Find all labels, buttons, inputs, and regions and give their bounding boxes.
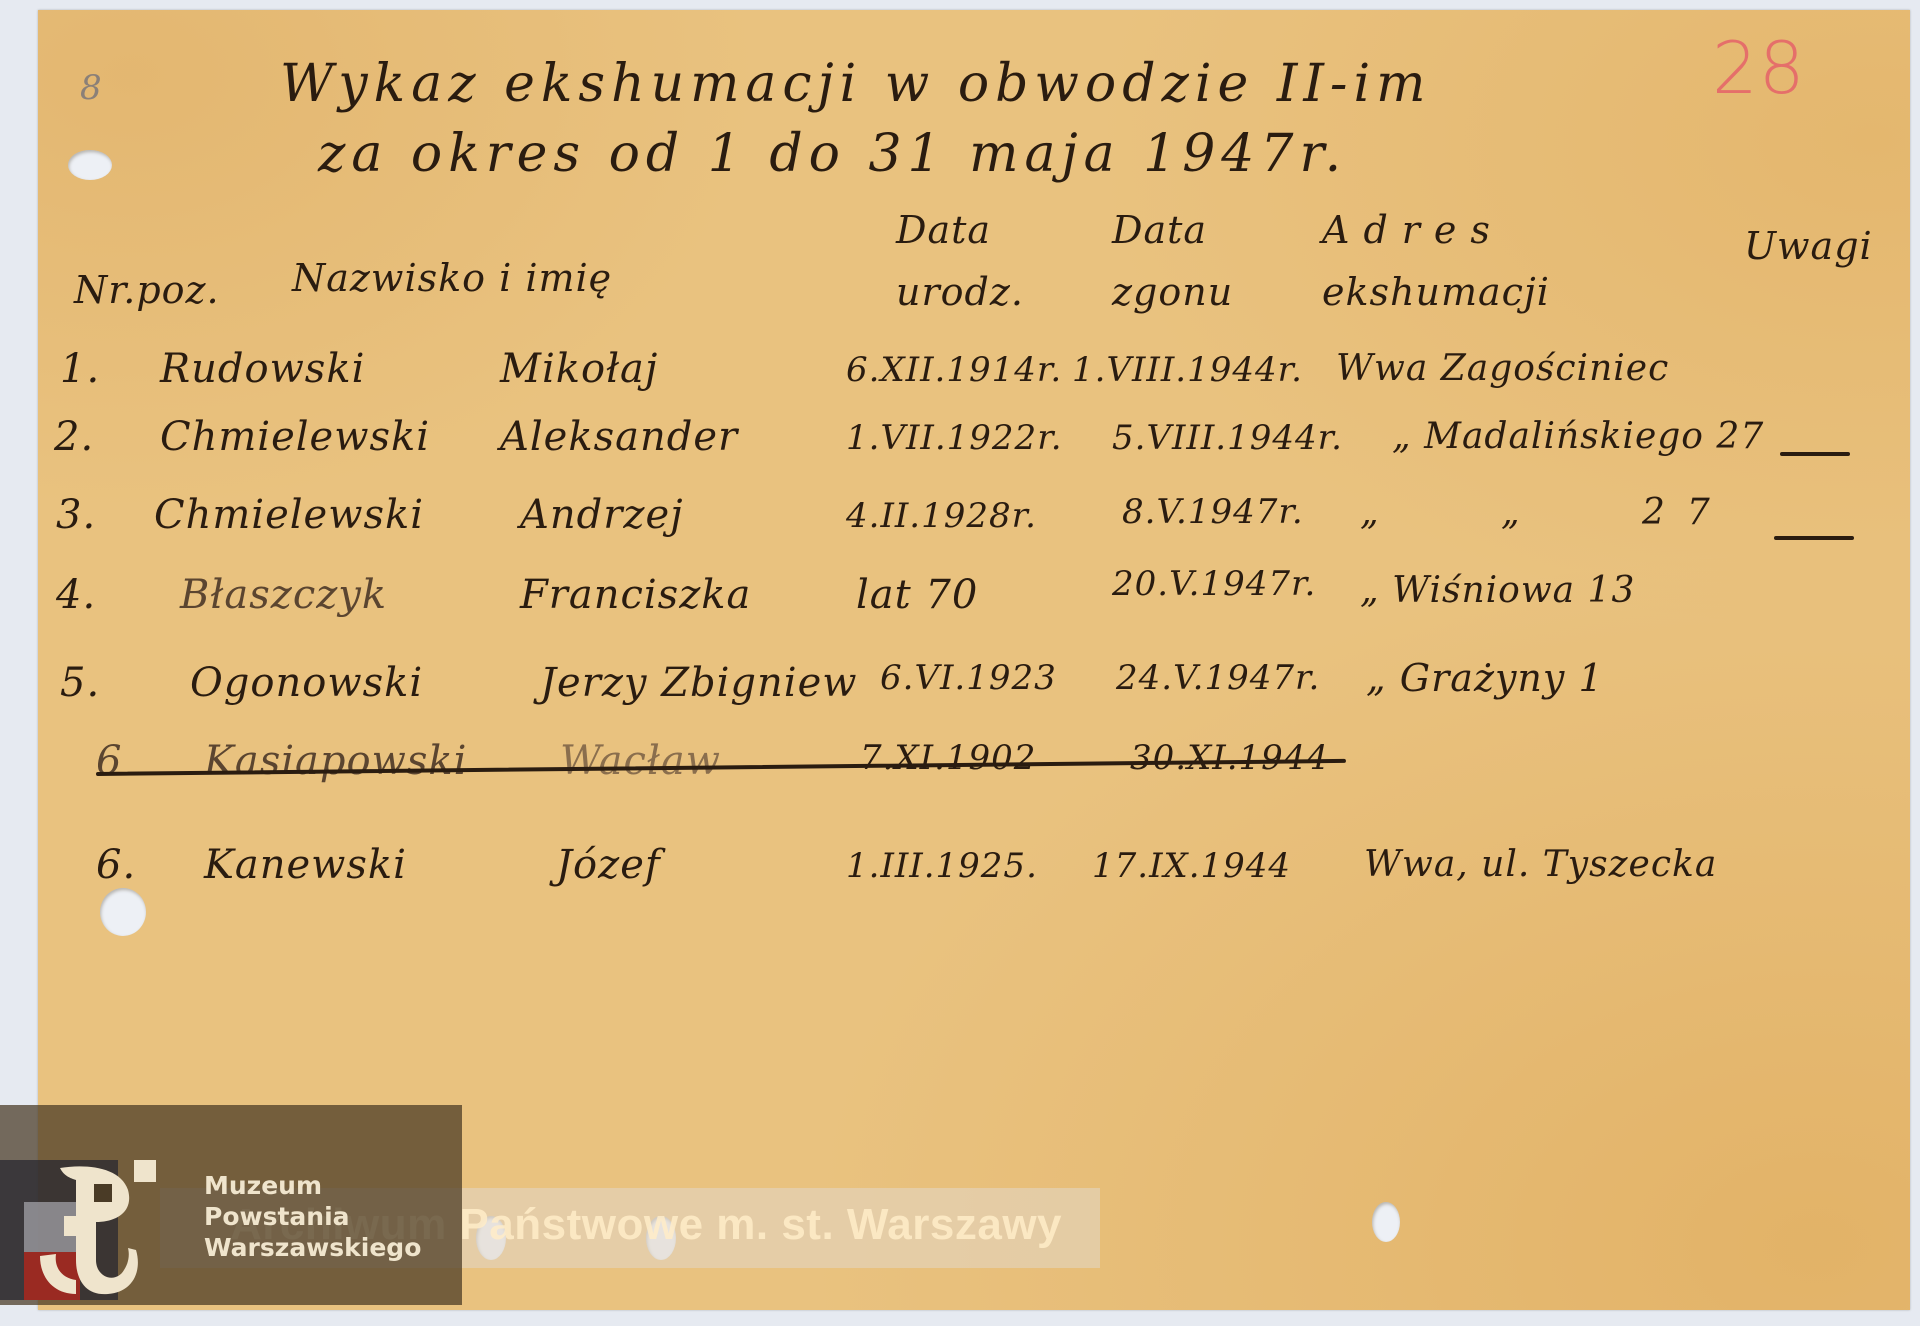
- row-birth-date: 4.II.1928r.: [846, 496, 1037, 536]
- row-nr: 4.: [56, 572, 96, 618]
- row-birth-date: 7.XI.1902: [860, 738, 1036, 778]
- row-nr: 2.: [54, 414, 94, 460]
- header-nr: Nr.poz.: [74, 268, 220, 312]
- row-first-name: Jerzy Zbigniew: [540, 660, 857, 706]
- row-first-name: Wacław: [560, 738, 721, 784]
- museum-name-line2: Powstania: [204, 1201, 421, 1232]
- row-nr: 6.: [96, 842, 136, 888]
- museum-name-line1: Muzeum: [204, 1170, 421, 1201]
- row-death-date: 1.VIII.1944r.: [1072, 350, 1303, 390]
- header-name: Nazwisko i imię: [292, 256, 612, 300]
- row-death-date: 30.XI.1944: [1130, 738, 1329, 778]
- kotwica-anchor-logo-icon: [24, 1160, 164, 1300]
- row-surname: Kanewski: [204, 842, 407, 888]
- row-surname: Chmielewski: [160, 414, 430, 460]
- row-first-name: Andrzej: [520, 492, 684, 538]
- header-address-top: Adres: [1322, 208, 1504, 252]
- document-title-line1: Wykaz ekshumacji w obwodzie II-im: [280, 54, 1431, 114]
- row-death-date: 17.IX.1944: [1092, 846, 1291, 886]
- row-surname: Rudowski: [160, 346, 365, 392]
- row-birth-date: lat 70: [856, 572, 978, 618]
- museum-name: Muzeum Powstania Warszawskiego: [204, 1170, 421, 1263]
- row-birth-date: 6.XII.1914r.: [846, 350, 1062, 390]
- margin-pencil-mark: 8: [80, 68, 103, 108]
- page-number: 28: [1712, 26, 1806, 110]
- row-birth-date: 1.VII.1922r.: [846, 418, 1063, 458]
- header-birth-top: Data: [896, 208, 991, 252]
- row-surname: Chmielewski: [154, 492, 424, 538]
- row-address: Wwa, ul. Tyszecka: [1364, 844, 1717, 885]
- museum-name-line3: Warszawskiego: [204, 1232, 421, 1263]
- row-first-name: Franciszka: [520, 572, 751, 618]
- row-address: Wwa Zagościniec: [1336, 348, 1669, 389]
- punch-hole: [1372, 1202, 1400, 1242]
- table-row: 3. Chmielewski Andrzej 4.II.1928r. 8.V.1…: [0, 492, 1872, 572]
- row-first-name: Józef: [556, 842, 661, 888]
- row-nr: 3.: [56, 492, 96, 538]
- row-first-name: Mikołaj: [500, 346, 658, 392]
- table-row-struck: 6 Kasiapowski Wacław 7.XI.1902 30.XI.194…: [0, 738, 1872, 818]
- row-nr: 6: [96, 738, 122, 784]
- table-row: 4. Błaszczyk Franciszka lat 70 20.V.1947…: [0, 572, 1872, 652]
- header-notes: Uwagi: [1744, 224, 1873, 268]
- row-death-date: 5.VIII.1944r.: [1112, 418, 1343, 458]
- row-nr: 5.: [60, 660, 100, 706]
- row-address: „ Wiśniowa 13: [1360, 570, 1635, 611]
- row-death-date: 24.V.1947r.: [1116, 658, 1320, 698]
- ditto-dash: [1774, 536, 1854, 540]
- header-birth-bottom: urodz.: [896, 270, 1024, 314]
- row-nr: 1.: [60, 346, 100, 392]
- row-birth-date: 1.III.1925.: [846, 846, 1038, 886]
- row-death-date: 20.V.1947r.: [1112, 564, 1316, 604]
- row-surname: Kasiapowski: [204, 738, 467, 784]
- row-death-date: 8.V.1947r.: [1122, 492, 1304, 532]
- row-birth-date: 6.VI.1923: [880, 658, 1057, 698]
- header-death-top: Data: [1112, 208, 1207, 252]
- document-title-line2: za okres od 1 do 31 maja 1947r.: [318, 124, 1347, 184]
- ditto-dash: [1780, 452, 1850, 456]
- row-surname: Błaszczyk: [180, 572, 387, 618]
- table-row: 5. Ogonowski Jerzy Zbigniew 6.VI.1923 24…: [0, 660, 1872, 740]
- header-address-bottom: ekshumacji: [1322, 270, 1550, 314]
- row-address: „ Grażyny 1: [1366, 656, 1604, 700]
- row-address: „ „ 27: [1360, 492, 1732, 533]
- row-first-name: Aleksander: [500, 414, 738, 460]
- table-row: 6. Kanewski Józef 1.III.1925. 17.IX.1944…: [0, 842, 1872, 922]
- row-surname: Ogonowski: [190, 660, 423, 706]
- punch-hole: [68, 150, 112, 180]
- row-address: „ Madalińskiego 27: [1392, 416, 1764, 457]
- header-death-bottom: zgonu: [1112, 270, 1233, 314]
- table-row: 2. Chmielewski Aleksander 1.VII.1922r. 5…: [0, 414, 1872, 494]
